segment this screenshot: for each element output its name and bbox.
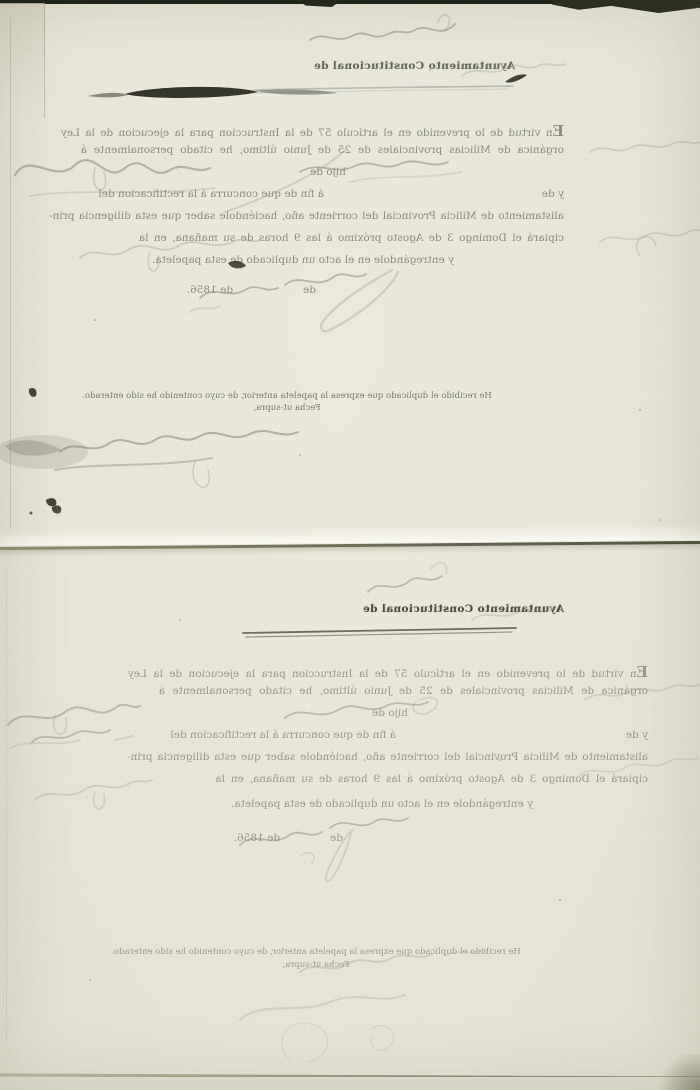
speck <box>639 409 641 411</box>
page2-signature-loop <box>370 1025 393 1050</box>
ink-mark-left-lower-a <box>46 498 56 506</box>
page1-header-script <box>310 24 455 40</box>
page2-name-descender <box>54 715 67 734</box>
page1-crease <box>10 18 11 528</box>
page1-body-line7: y entregándole en el acto un duplicado d… <box>152 254 454 266</box>
page2-body-line3: hijo de <box>372 707 408 719</box>
page2-receipt-line1: He recibido el duplicado que expresa la … <box>38 947 594 957</box>
scanned-document: Ayuntamiento Constitucional de En virtud… <box>0 0 700 1090</box>
page1-signature-smudge <box>0 435 88 469</box>
page2-header-loop <box>430 563 447 574</box>
top-left-underpage-edge <box>0 3 45 118</box>
ink-dot <box>30 512 33 515</box>
page1-signature-group <box>0 431 298 487</box>
page2-body-line7: y entregándole en el acto un duplicado d… <box>231 798 533 810</box>
bottom-underpage <box>0 1077 700 1090</box>
top-right-page-corner <box>552 0 700 13</box>
page2-date-line: dede 1856. <box>234 832 343 844</box>
page1-signature-descender <box>193 462 209 487</box>
page1-dropcap: E <box>553 122 564 140</box>
top-edge-nub <box>296 0 342 7</box>
speck <box>659 519 661 521</box>
speck <box>299 454 301 456</box>
page1-receipt-line1: He recibido el duplicado que expresa la … <box>34 391 540 401</box>
page2-body-line4a: y de <box>626 729 648 741</box>
page1-margin-script-upper <box>590 142 700 152</box>
page2-crease <box>6 570 7 1040</box>
page2-body-line4b: á fin de que concurra á la rectificacion… <box>170 729 396 741</box>
page1-body-line4a: y de <box>542 188 564 200</box>
page2-body-line6: cipiará el Domingo 3 de Agosto próximo á… <box>215 773 648 785</box>
page1-body-line6: cipiará el Domingo 3 de Agosto próximo á… <box>139 232 564 244</box>
page1-receipt-line2: Fecha ut-supra, <box>34 403 540 413</box>
page2-form-title: Ayuntamiento Constitucional de <box>363 603 564 615</box>
page1-body-line3: hijo de <box>310 166 346 178</box>
page2-receipt-line2: Fecha ut-supra, <box>38 960 594 970</box>
page2-header-script <box>368 576 442 592</box>
page2-print-showthrough: Ayuntamiento Constitucional de En virtud… <box>92 600 648 1000</box>
page1-print-showthrough: Ayuntamiento Constitucional de En virtud… <box>58 60 564 420</box>
page1-form-title: Ayuntamiento Constitucional de <box>314 60 515 72</box>
page1-body-line2: orgánica de Milicias provinciales de 25 … <box>81 144 564 156</box>
page1-body-line1: En virtud de lo prevenido en el artículo… <box>61 122 564 140</box>
page2-name-script-b <box>10 740 80 748</box>
page1-signature-smudge-dark <box>5 440 62 455</box>
page1-signature-underline <box>55 458 212 470</box>
speck <box>89 979 91 981</box>
page1-margin-loop <box>637 237 656 256</box>
page2-body-line5: alistamiento de Milicia Provincial del c… <box>127 751 648 763</box>
page1-body-line4b: á fin de que concurra á la rectificacion… <box>98 188 324 200</box>
page2-dropcap: E <box>637 663 648 681</box>
page1-body-line5: alistamiento de Milicia Provincial del c… <box>49 210 564 222</box>
ink-mark-left-lower-b <box>52 505 61 513</box>
page1-margin-script-lower <box>600 230 700 242</box>
page2-signature-swirl <box>282 1023 328 1062</box>
bottom-right-dark-corner <box>654 1054 700 1090</box>
page1-date-line: dede 1856. <box>187 284 316 296</box>
page1-signature-script <box>60 431 298 452</box>
page1-header-script-loop <box>438 15 450 30</box>
page2-body-line2: orgánica de Milicias provinciales de 25 … <box>159 685 648 697</box>
page2-body-line1: En virtud de lo prevenido en el artículo… <box>128 663 648 681</box>
